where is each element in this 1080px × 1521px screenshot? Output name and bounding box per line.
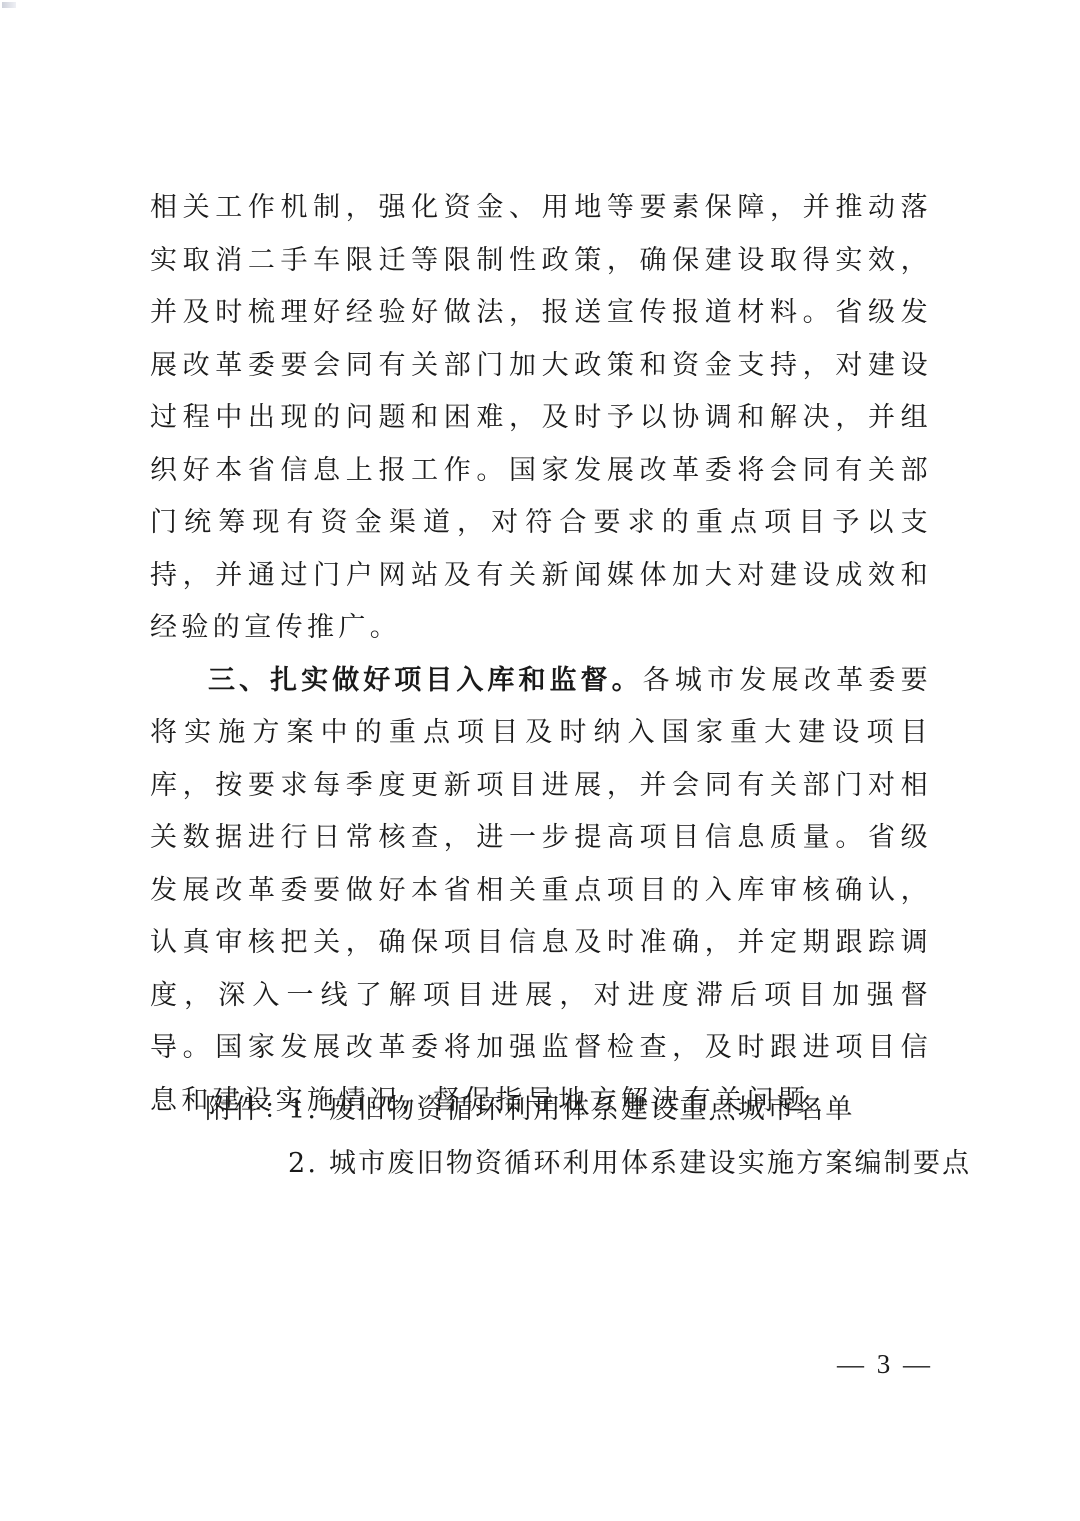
attachment-item-2: 2. 城市废旧物资循环利用体系建设实施方案编制要点 (288, 1137, 971, 1191)
attachments-label: 附件： (205, 1083, 288, 1137)
attachments-block: 附件： 1. 废旧物资循环利用体系建设重点城市名单 2. 城市废旧物资循环利用体… (205, 1083, 971, 1191)
section-3-text: 各城市发展改革委要将实施方案中的重点项目及时纳入国家重大建设项目库，按要求每季度… (150, 665, 932, 1116)
scan-corner-mark (2, 2, 16, 8)
document-body: 相关工作机制，强化资金、用地等要素保障，并推动落实取消二手车限迁等限制性政策，确… (150, 182, 932, 1127)
page-number: — 3 — (837, 1349, 933, 1380)
paragraph-continuation: 相关工作机制，强化资金、用地等要素保障，并推动落实取消二手车限迁等限制性政策，确… (150, 182, 932, 655)
attachment-item-1: 1. 废旧物资循环利用体系建设重点城市名单 (288, 1083, 855, 1137)
paragraph-section-3: 三、扎实做好项目入库和监督。各城市发展改革委要将实施方案中的重点项目及时纳入国家… (150, 655, 932, 1128)
attachments-label-spacer (205, 1137, 288, 1191)
section-3-heading: 三、扎实做好项目入库和监督。 (208, 665, 643, 696)
attachment-row-2: 2. 城市废旧物资循环利用体系建设实施方案编制要点 (205, 1137, 971, 1191)
attachment-row-1: 附件： 1. 废旧物资循环利用体系建设重点城市名单 (205, 1083, 971, 1137)
